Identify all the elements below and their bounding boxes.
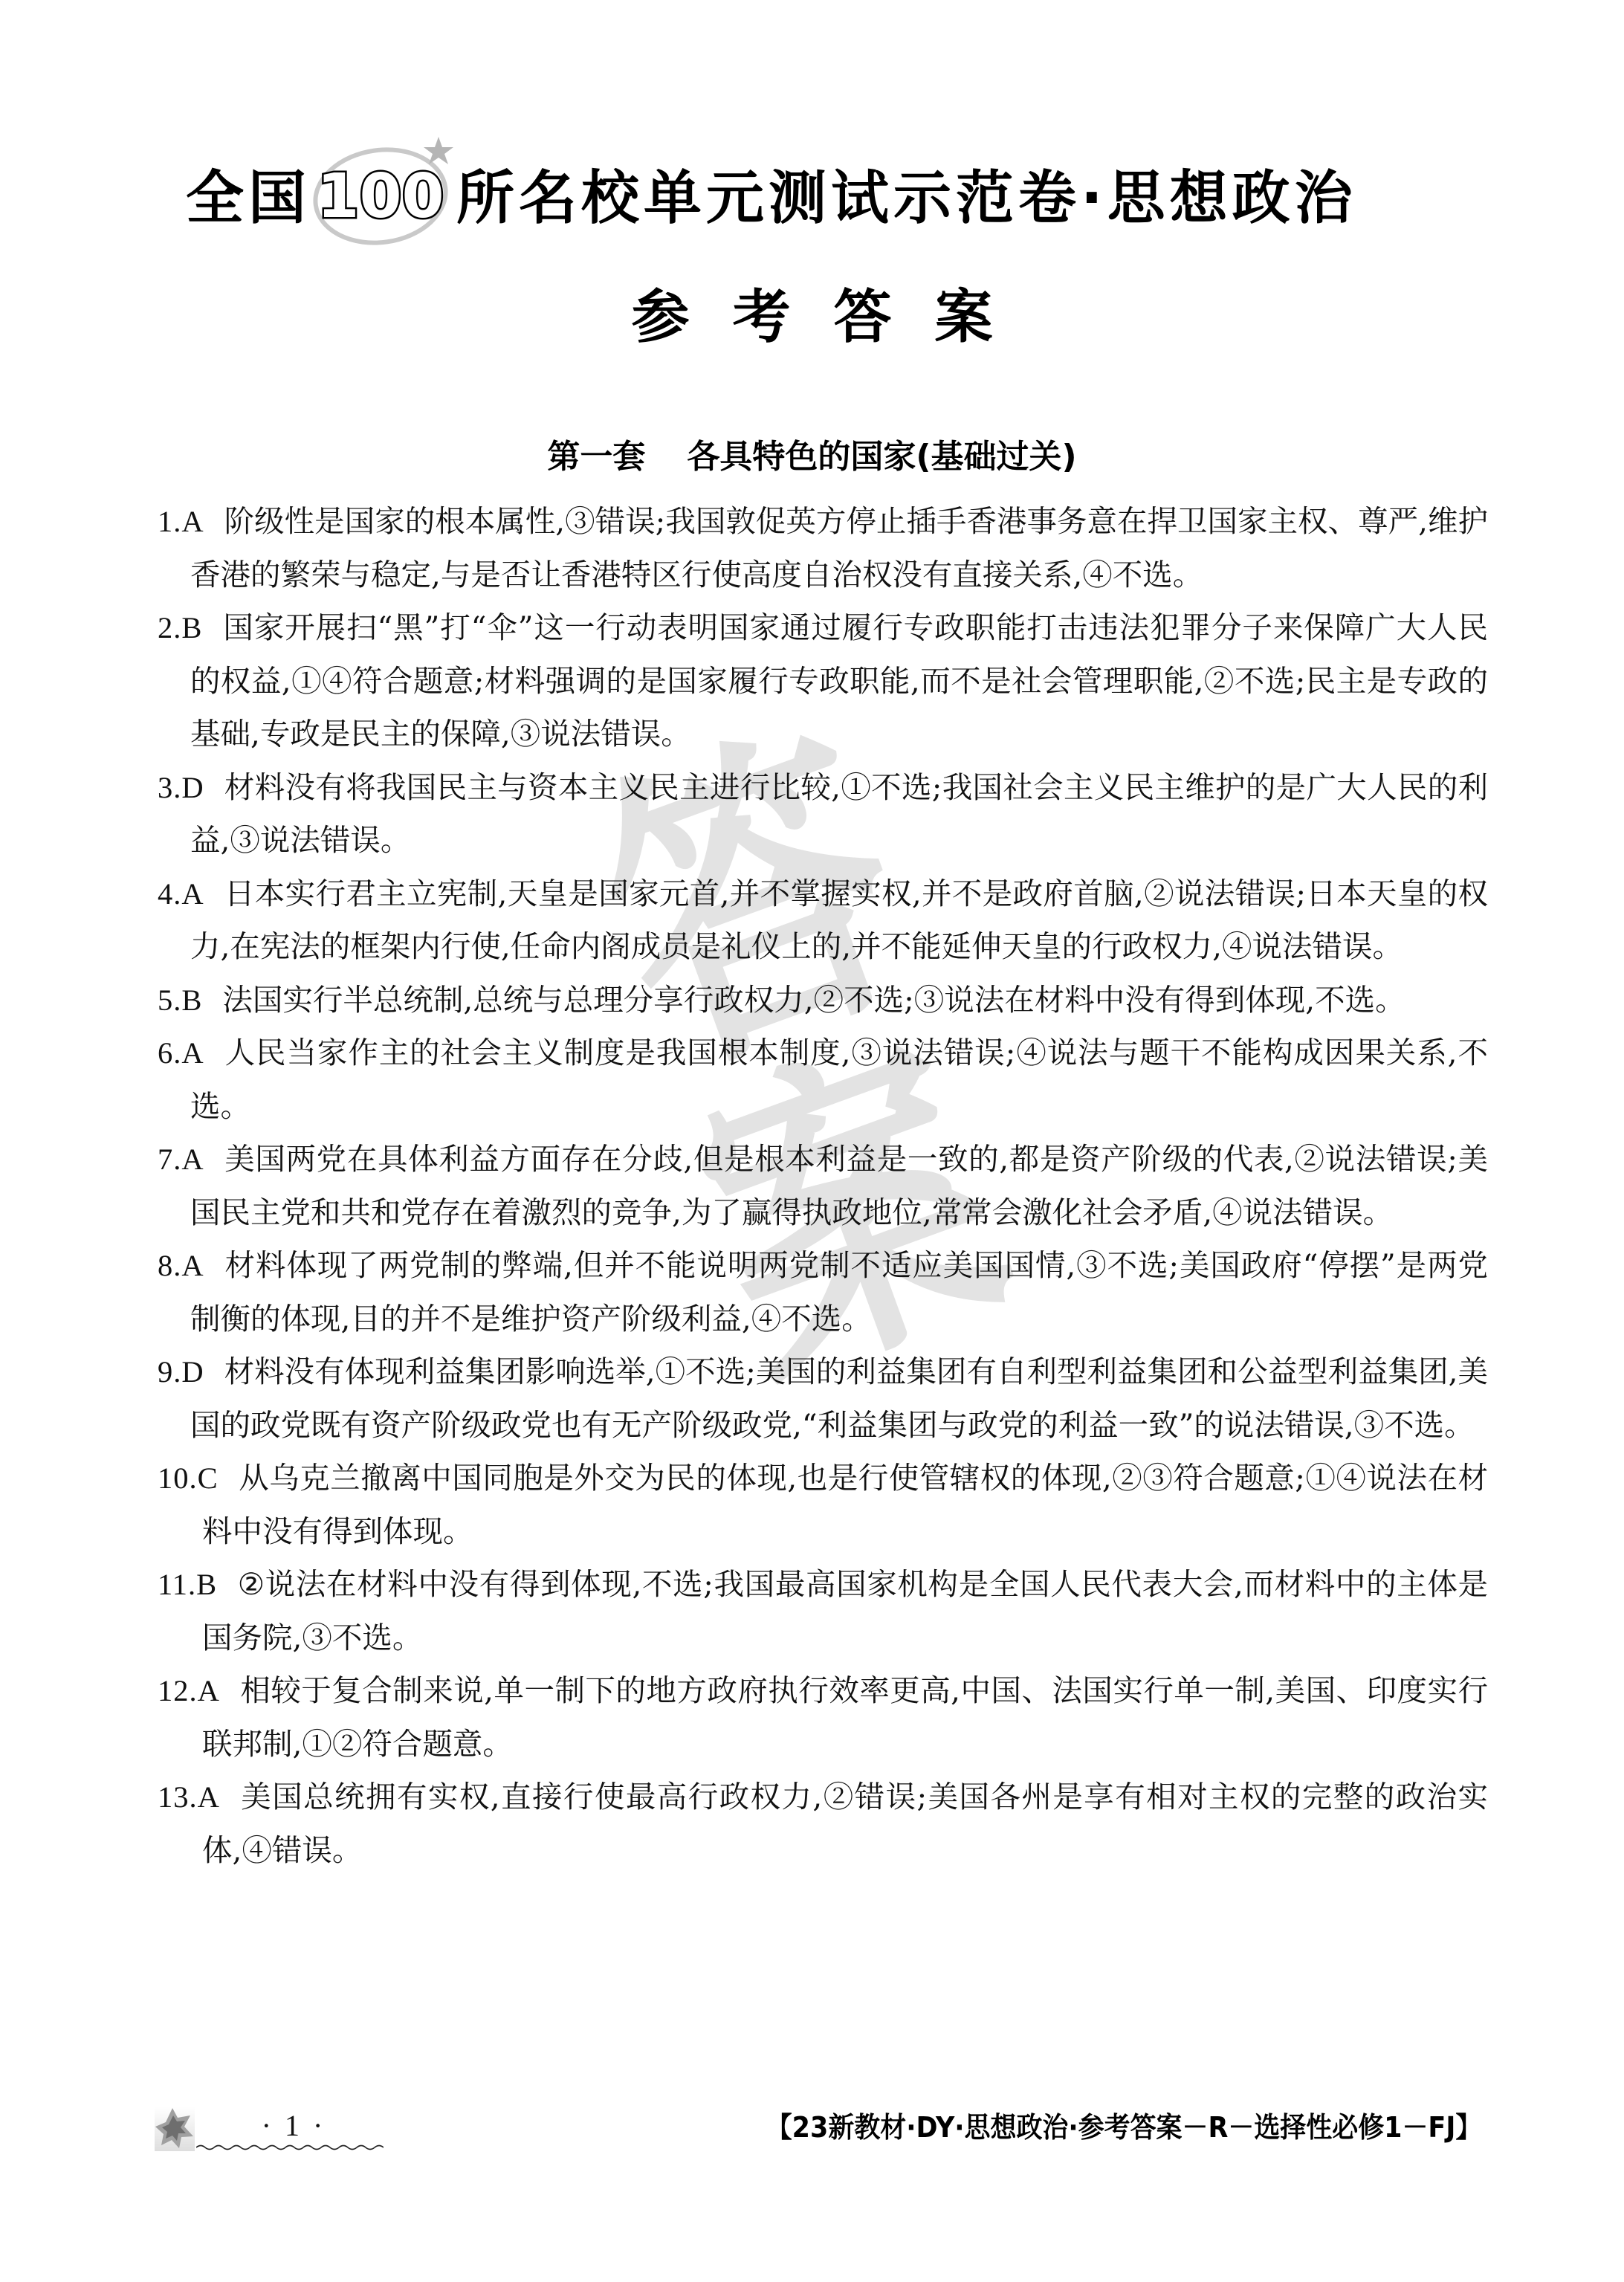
item-answer: A [181,1036,203,1070]
item-number: 13. [158,1780,198,1814]
item-number: 8. [158,1249,181,1282]
answer-item-1: 1.A阶级性是国家的根本属性,③错误;我国敦促英方停止插手香港事务意在捍卫国家主… [158,495,1488,601]
title-suffix: 所名校单元测试示范卷·思想政治 [456,169,1357,227]
item-explanation: 美国两党在具体利益方面存在分歧,但是根本利益是一致的,都是资产阶级的代表,②说法… [190,1141,1488,1230]
item-answer: A [181,505,203,538]
set-label: 第一套 [547,438,645,476]
item-number: 5. [158,983,181,1017]
answer-item-2: 2.B国家开展扫“黑”打“伞”这一行动表明国家通过履行专政职能打击违法犯罪分子来… [158,601,1488,761]
item-answer: B [181,983,201,1017]
logo-text: 100 [317,161,444,232]
item-number: 12. [158,1674,198,1707]
answer-item-13: 13.A美国总统拥有实权,直接行使最高行政权力,②错误;美国各州是享有相对主权的… [158,1771,1488,1877]
item-number: 1. [158,505,181,538]
logo-100-icon: 100 [312,150,453,247]
item-explanation: 日本实行君主立宪制,天皇是国家元首,并不掌握实权,并不是政府首脑,②说法错误;日… [190,876,1488,965]
item-number: 11. [158,1568,196,1601]
answer-heading: 参考答案 [0,284,1624,351]
item-number: 7. [158,1142,181,1176]
answer-item-12: 12.A相较于复合制来说,单一制下的地方政府执行效率更高,中国、法国实行单一制,… [158,1664,1488,1771]
item-answer: B [196,1568,216,1601]
item-explanation: 人民当家作主的社会主义制度是我国根本制度,③说法错误;④说法与题干不能构成因果关… [190,1035,1488,1124]
answer-item-10: 10.C从乌克兰撤离中国同胞是外交为民的体现,也是行使管辖权的体现,②③符合题意… [158,1452,1488,1558]
item-explanation: 材料没有将我国民主与资本主义民主进行比较,①不选;我国社会主义民主维护的是广大人… [190,769,1488,859]
item-explanation: 美国总统拥有实权,直接行使最高行政权力,②错误;美国各州是享有相对主权的完整的政… [202,1779,1488,1868]
answer-item-9: 9.D材料没有体现利益集团影响选举,①不选;美国的利益集团有自利型利益集团和公益… [158,1345,1488,1452]
answer-item-11: 11.B②说法在材料中没有得到体现,不选;我国最高国家机构是全国人民代表大会,而… [158,1558,1488,1664]
item-answer: B [181,611,201,644]
item-answer: D [181,1355,203,1389]
item-number: 4. [158,877,181,911]
item-explanation: 法国实行半总统制,总统与总理分享行政权力,②不选;③说法在材料中没有得到体现,不… [222,982,1405,1018]
answer-item-7: 7.A美国两党在具体利益方面存在分歧,但是根本利益是一致的,都是资产阶级的代表,… [158,1133,1488,1239]
item-answer: A [198,1674,219,1707]
item-number: 3. [158,771,181,804]
document-title: 全国 100 所名校单元测试示范卷·思想政治 [186,158,1449,239]
item-number: 6. [158,1036,181,1070]
item-answer: A [181,1249,203,1282]
item-explanation: 从乌克兰撤离中国同胞是外交为民的体现,也是行使管辖权的体现,②③符合题意;①④说… [202,1460,1488,1549]
item-number: 10. [158,1461,198,1495]
answer-item-4: 4.A日本实行君主立宪制,天皇是国家元首,并不掌握实权,并不是政府首脑,②说法错… [158,867,1488,974]
answer-item-3: 3.D材料没有将我国民主与资本主义民主进行比较,①不选;我国社会主义民主维护的是… [158,761,1488,867]
item-explanation: 相较于复合制来说,单一制下的地方政府执行效率更高,中国、法国实行单一制,美国、印… [202,1672,1488,1762]
item-answer: D [181,771,203,804]
item-explanation: 国家开展扫“黑”打“伞”这一行动表明国家通过履行专政职能打击违法犯罪分子来保障广… [190,610,1488,751]
set-title: 各具特色的国家(基础过关) [687,438,1076,476]
item-answer: A [181,877,203,911]
title-prefix: 全国 [186,169,311,227]
page-number: · 1 · [223,2110,364,2142]
answer-item-8: 8.A材料体现了两党制的弊端,但并不能说明两党制不适应美国国情,③不选;美国政府… [158,1239,1488,1345]
item-answer: A [181,1142,203,1176]
answer-list: 1.A阶级性是国家的根本属性,③错误;我国敦促英方停止插手香港事务意在捍卫国家主… [158,495,1488,1877]
item-number: 2. [158,611,181,644]
answer-item-6: 6.A人民当家作主的社会主义制度是我国根本制度,③说法错误;④说法与题干不能构成… [158,1027,1488,1133]
item-explanation: ②说法在材料中没有得到体现,不选;我国最高国家机构是全国人民代表大会,而材料中的… [202,1566,1488,1655]
item-explanation: 阶级性是国家的根本属性,③错误;我国敦促英方停止插手香港事务意在捍卫国家主权、尊… [190,503,1488,592]
answer-item-5: 5.B法国实行半总统制,总统与总理分享行政权力,②不选;③说法在材料中没有得到体… [158,974,1488,1027]
item-explanation: 材料体现了两党制的弊端,但并不能说明两党制不适应美国国情,③不选;美国政府“停摆… [190,1247,1488,1336]
page-footer: · 1 · 【23新教材·DY·思想政治·参考答案－R－选择性必修1－FJ】 [0,2104,1624,2156]
section-heading: 第一套各具特色的国家(基础过关) [0,436,1624,479]
item-number: 9. [158,1355,181,1389]
item-explanation: 材料没有体现利益集团影响选举,①不选;美国的利益集团有自利型利益集团和公益型利益… [190,1354,1488,1443]
item-answer: A [198,1780,219,1814]
wavy-underline-icon [196,2144,384,2151]
document-code: 【23新教材·DY·思想政治·参考答案－R－选择性必修1－FJ】 [766,2111,1481,2144]
item-answer: C [198,1461,218,1495]
star-badge-icon [155,2107,195,2151]
